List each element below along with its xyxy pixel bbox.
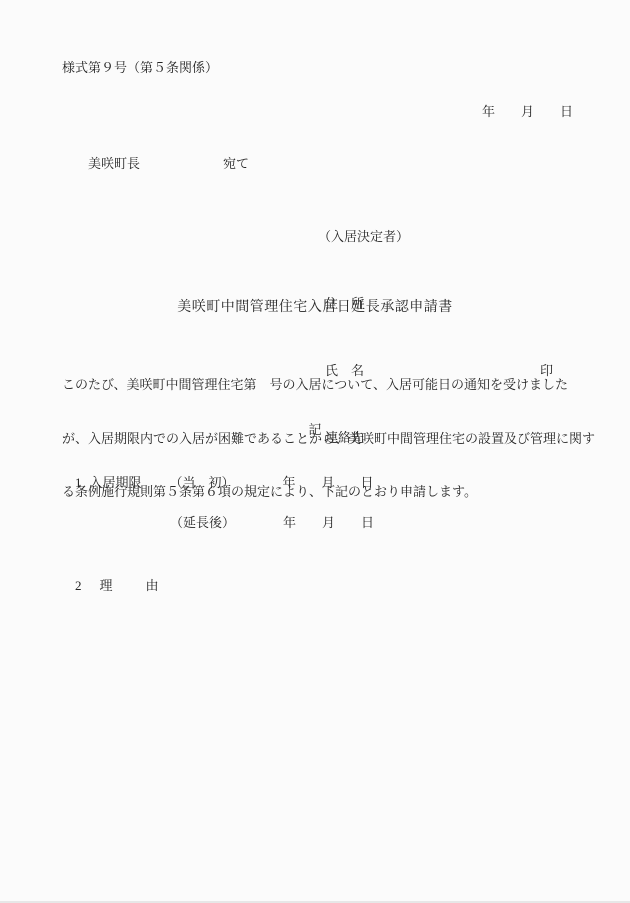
extended-date-field: 年 月 日 (283, 515, 374, 531)
reason-label-part1: 理 (100, 578, 113, 594)
reason-label-part2: 由 (146, 578, 159, 594)
applicant-heading: （入居決定者） (318, 226, 553, 248)
addressee-name: 美咲町長 (88, 156, 140, 171)
section2-number: 2 (75, 578, 82, 593)
application-form-document: 様式第９号（第５条関係） 年 月 日 美咲町長宛て （入居決定者） 住 所 氏 … (0, 0, 630, 903)
form-number: 様式第９号（第５条関係） (62, 60, 218, 76)
reason-section-heading: 2理由 (62, 562, 159, 610)
move-in-deadline-extended-row: （延長後）年 月 日 (157, 499, 374, 547)
extended-date-label: （延長後） (170, 515, 235, 530)
date-field: 年 月 日 (482, 104, 573, 120)
addressee-line: 美咲町長宛て (75, 140, 249, 188)
section1-number: 1 (75, 475, 82, 490)
record-marker: 記 (0, 422, 630, 438)
original-date-label: （当 初） (170, 475, 235, 491)
section1-label: 入居期限 (90, 475, 142, 491)
original-date-field: 年 月 日 (283, 475, 374, 491)
body-line: このたび、美咲町中間管理住宅第 号の入居について、入居可能日の通知を受けました (62, 374, 586, 396)
document-title: 美咲町中間管理住宅入居日延長承認申請書 (0, 300, 630, 316)
addressee-suffix: 宛て (223, 156, 249, 172)
